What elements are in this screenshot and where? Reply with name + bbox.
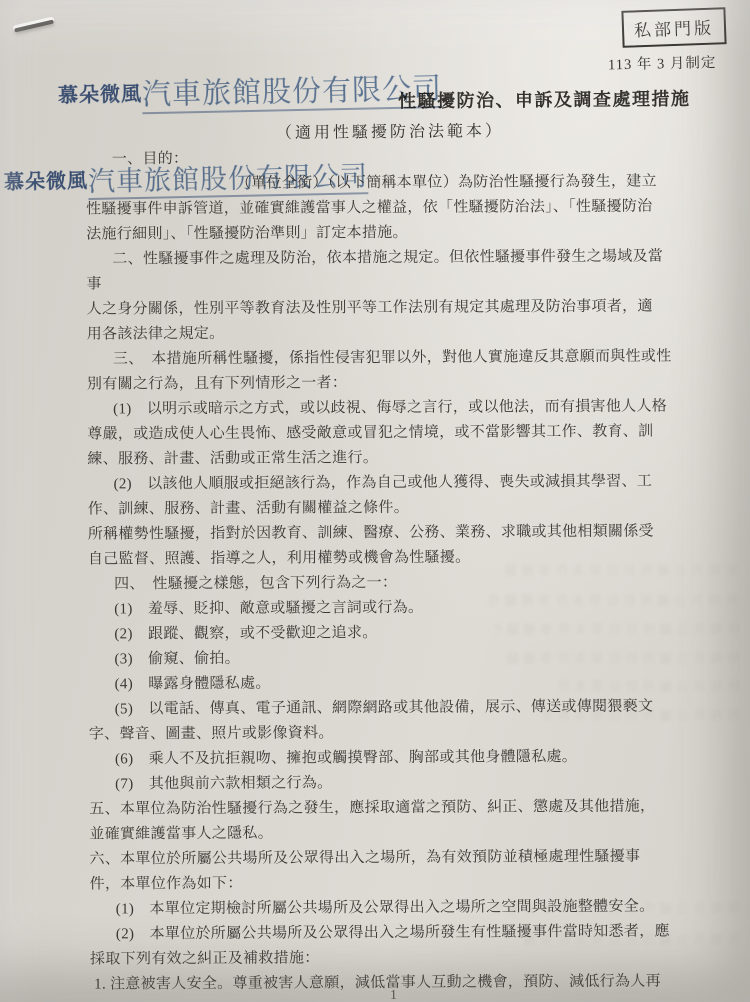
sec-1-heading: 一、目的： <box>86 144 678 172</box>
page-number: 1 <box>390 988 397 1002</box>
company-stamp-title: 慕朵微風汽車旅館股份有限公司 <box>58 66 443 115</box>
company-stamp-prefix: 慕朵微風 <box>4 170 88 194</box>
sec-4-item-2: (2) 跟蹤、觀察，或不受歡迎之追求。 <box>88 619 680 647</box>
sec-3-item-1: (1) 以明示或暗示之方式，或以歧視、侮辱之言行，或以他法，而有損害他人人格尊嚴… <box>87 394 679 472</box>
private-sector-version-label: 私部門版 <box>634 14 715 42</box>
sec-4-item-5: (5) 以電話、傳真、電子通訊、網際網路或其他設備，展示、傳送或傳閱猥褻文字、聲… <box>89 694 681 747</box>
sec-6-item-1: (1) 本單位定期檢討所屬公共場所及公眾得出入之場所之空間與設施整體安全。 <box>90 894 682 922</box>
sec-1-body: （單位全銜）（以下簡稱本單位）為防治性騷擾行為發生，建立性騷擾事件申訴管道，並確… <box>86 169 678 247</box>
sec-6-sub-1: 1. 注意被害人安全。尊重被害人意願，減低當事人互動之機會，預防、減低行為人再 <box>90 969 682 997</box>
scanned-document-page: 私部門版 113 年 3 月制定 性騷擾防治、申訴及調查處理措施 （適用性騷擾防… <box>0 0 750 1002</box>
sec-6: 六、本單位於所屬公共場所及公眾得出入之場所，為有效預防並積極處理性騷擾事件，本單… <box>89 844 681 897</box>
document-subtitle: （適用性騷擾防治法範本） <box>276 118 504 143</box>
sec-3-power: 所稱權勢性騷擾，指對於因教育、訓練、醫療、公務、業務、求職或其他相類關係受自己監… <box>88 519 680 572</box>
staple-mark <box>14 20 54 33</box>
sec-5: 五、本單位為防治性騷擾行為之發生，應採取適當之預防、糾正、懲處及其他措施，並確實… <box>89 794 681 847</box>
sec-4-item-7: (7) 其他與前六款相類之行為。 <box>89 769 681 797</box>
sec-4-item-4: (4) 曝露身體隱私處。 <box>89 669 681 697</box>
sec-6-item-2: (2) 本單位於所屬公共場所及公眾得出入之場所發生有性騷擾事件當時知悉者，應採取… <box>90 919 682 972</box>
sec-3-item-2: (2) 以該他人順服或拒絕該行為，作為自己或他人獲得、喪失或減損其學習、工作、訓… <box>87 469 679 522</box>
document-title: 性騷擾防治、申訴及調查處理措施 <box>398 85 691 114</box>
sec-4-item-1: (1) 羞辱、貶抑、敵意或騷擾之言詞或行為。 <box>88 594 680 622</box>
sec-4-item-3: (3) 偷窺、偷拍。 <box>88 644 680 672</box>
sec-3: 三、 本措施所稱性騷擾，係指性侵害犯罪以外，對他人實施違反其意願而與性或性別有關… <box>87 344 679 397</box>
private-sector-version-box: 私部門版 <box>621 7 726 48</box>
sec-4: 四、 性騷擾之樣態，包含下列行為之一： <box>88 569 680 597</box>
enactment-date-label: 113 年 3 月制定 <box>608 51 740 75</box>
doc-body: 一、目的：（單位全銜）（以下簡稱本單位）為防治性騷擾行為發生，建立性騷擾事件申訴… <box>86 144 682 997</box>
sec-4-item-6: (6) 乘人不及抗拒親吻、擁抱或觸摸臀部、胸部或其他身體隱私處。 <box>89 744 681 772</box>
company-stamp-prefix: 慕朵微風 <box>58 83 142 107</box>
sec-2: 二、性騷擾事件之處理及防治，依本措施之規定。但依性騷擾事件發生之場域及當事人之身… <box>86 244 679 347</box>
